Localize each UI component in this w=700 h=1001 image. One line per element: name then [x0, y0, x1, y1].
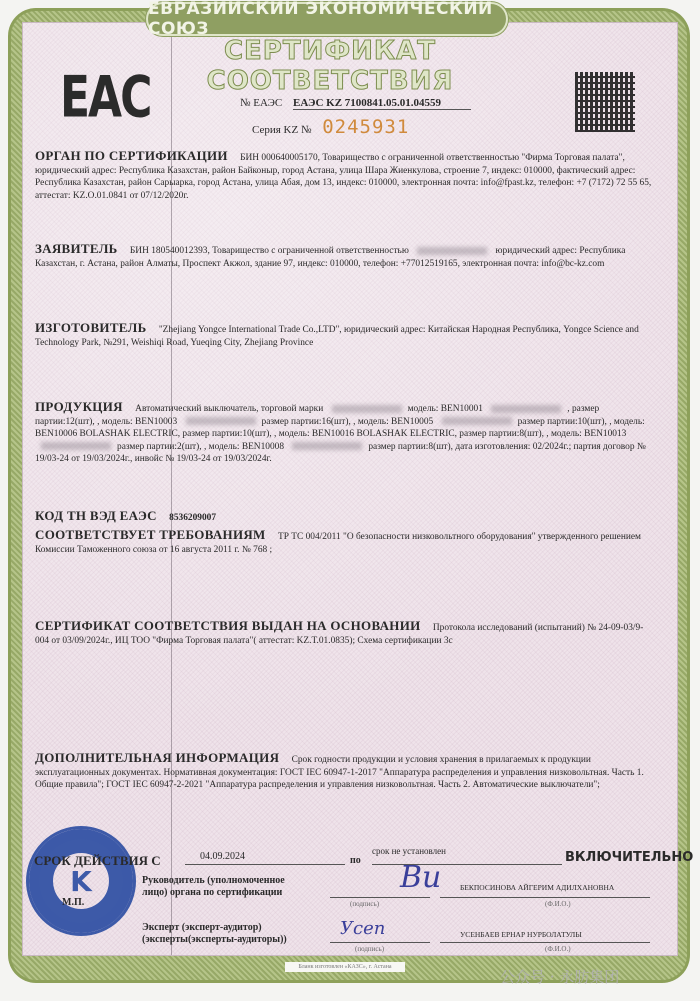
valid-from-date: 04.09.2024: [200, 851, 245, 862]
printer-label: Бланк изготовлен «КАЗС», г. Астана: [285, 962, 405, 972]
certificate-number: № ЕАЭС ЕАЭС KZ 7100841.05.01.04559: [240, 97, 471, 110]
section-certification-body: ОРГАН ПО СЕРТИФИКАЦИИ БИН 000640005170, …: [35, 150, 655, 202]
section-heading: СЕРТИФИКАТ СООТВЕТСТВИЯ ВЫДАН НА ОСНОВАН…: [35, 618, 421, 633]
section-heading: КОД ТН ВЭД ЕАЭС: [35, 508, 157, 523]
product-text-part: размер партии:16(шт), , модель: BEN10005: [262, 417, 436, 427]
redacted-field: [491, 405, 561, 413]
fio-caption: (Ф.И.О.): [545, 945, 571, 953]
section-heading: ПРОДУКЦИЯ: [35, 399, 123, 414]
section-compliance: СООТВЕТСТВУЕТ ТРЕБОВАНИЯМ ТР ТС 004/2011…: [35, 529, 655, 556]
certificate-title: СЕРТИФИКАТ СООТВЕТСТВИЯ: [140, 36, 520, 96]
redacted-field: [417, 247, 487, 255]
divider: [440, 942, 650, 943]
sign-caption: (подпись): [355, 945, 384, 953]
section-heading: ИЗГОТОВИТЕЛЬ: [35, 320, 146, 335]
section-text: Автоматический выключатель, торговой мар…: [35, 404, 646, 464]
redacted-field: [41, 442, 111, 450]
section-applicant: ЗАЯВИТЕЛЬ БИН 180540012393, Товарищество…: [35, 243, 655, 270]
divider: [330, 897, 430, 898]
divider: [440, 897, 650, 898]
series-number: Серия KZ № 0245931: [252, 116, 409, 138]
section-manufacturer: ИЗГОТОВИТЕЛЬ "Zhejiang Yongce Internatio…: [35, 322, 655, 349]
valid-to-label: по: [350, 855, 361, 866]
product-text-part: размер партии:2(шт), , модель: BEN10008: [117, 442, 286, 452]
inclusive-label: ВКЛЮЧИТЕЛЬНО: [565, 850, 693, 865]
product-text-part: модель: BEN10001: [408, 404, 486, 414]
section-heading: СООТВЕТСТВУЕТ ТРЕБОВАНИЯМ: [35, 527, 266, 542]
divider: [330, 942, 430, 943]
redacted-field: [292, 442, 362, 450]
section-heading: ДОПОЛНИТЕЛЬНАЯ ИНФОРМАЦИЯ: [35, 750, 279, 765]
section-text: БИН 180540012393, Товарищество с огранич…: [130, 246, 409, 256]
section-basis: СЕРТИФИКАТ СООТВЕТСТВИЯ ВЫДАН НА ОСНОВАН…: [35, 620, 655, 647]
product-text-part: Автоматический выключатель, торговой мар…: [135, 404, 325, 414]
redacted-field: [186, 417, 256, 425]
divider: [185, 864, 345, 865]
watermark: 公众号 · 永肪集团: [500, 966, 619, 987]
stamp-label: М.П.: [62, 897, 84, 909]
sign-caption: (подпись): [350, 900, 379, 908]
expert-signature: Уcen: [340, 918, 385, 939]
section-product: ПРОДУКЦИЯ Автоматический выключатель, то…: [35, 401, 655, 466]
series-label: Серия KZ №: [252, 124, 311, 136]
qr-code-icon[interactable]: [575, 72, 635, 132]
valid-to-value: срок не установлен: [372, 846, 446, 856]
redacted-field: [442, 417, 512, 425]
cert-number-value: ЕАЭС KZ 7100841.05.01.04559: [293, 97, 471, 110]
hs-code-value: 8536209007: [169, 513, 216, 523]
redacted-field: [332, 405, 402, 413]
validity-label: СРОК ДЕЙСТВИЯ С: [34, 855, 161, 867]
expert-name: УСЕНБАЕВ ЕРНАР НУРБОЛАТУЛЫ: [460, 930, 582, 939]
cert-number-label: № ЕАЭС: [240, 97, 282, 109]
section-heading: ЗАЯВИТЕЛЬ: [35, 241, 118, 256]
head-signature: Bu: [400, 860, 441, 895]
section-hs-code: КОД ТН ВЭД ЕАЭС 8536209007: [35, 510, 655, 525]
eac-mark-icon: EAC: [60, 64, 150, 130]
head-name: БЕКПОСИНОВА АЙГЕРИМ АДИЛХАНОВНА: [460, 883, 614, 892]
fio-caption: (Ф.И.О.): [545, 900, 571, 908]
union-banner: ЕВРАЗИЙСКИЙ ЭКОНОМИЧЕСКИЙ СОЮЗ: [148, 4, 506, 34]
section-additional-info: ДОПОЛНИТЕЛЬНАЯ ИНФОРМАЦИЯ Срок годности …: [35, 752, 655, 792]
head-label: Руководитель (уполномоченное лицо) орган…: [142, 875, 292, 899]
official-stamp-icon: K: [26, 826, 136, 936]
series-value: 0245931: [322, 116, 409, 138]
expert-label: Эксперт (эксперт-аудитор) (эксперты(эксп…: [142, 922, 342, 946]
section-heading: ОРГАН ПО СЕРТИФИКАЦИИ: [35, 148, 228, 163]
